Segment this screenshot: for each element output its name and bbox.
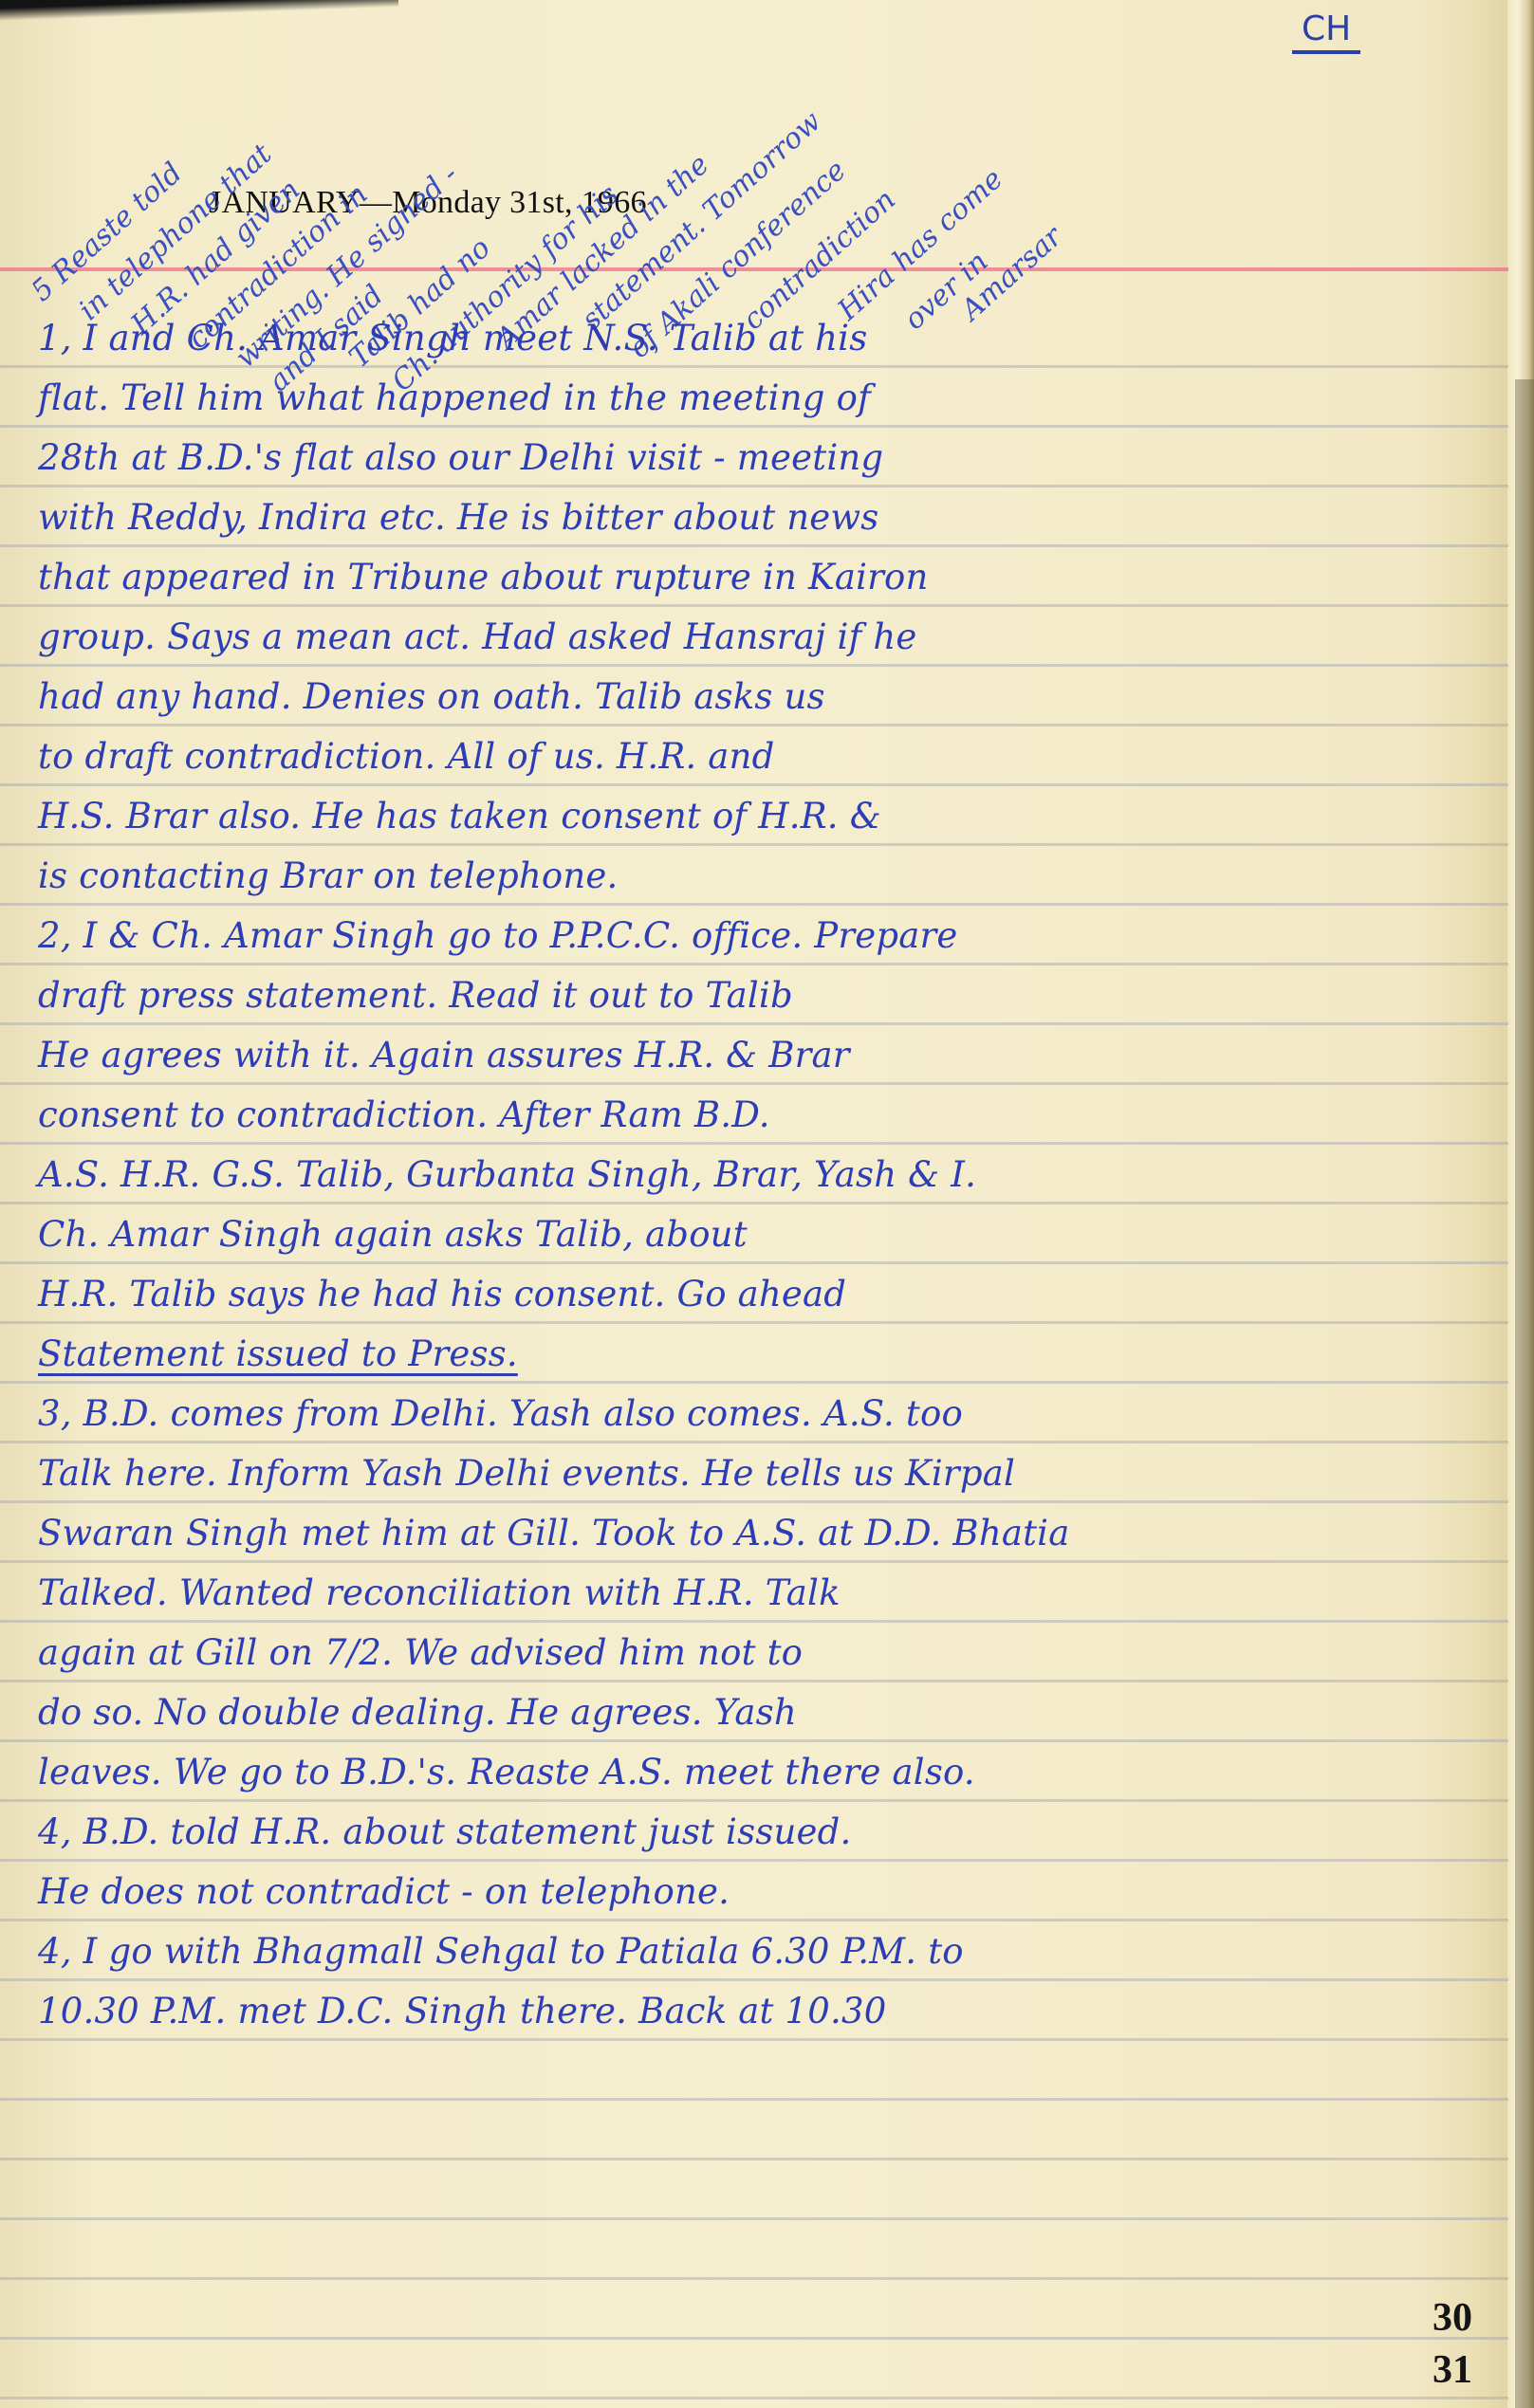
entry-line: 4, I go with Bhagmall Sehgal to Patiala … [38,1931,964,1972]
ruled-line [0,664,1508,667]
ruled-line [0,724,1508,726]
ruled-line [0,1620,1508,1623]
ruled-line [0,1859,1508,1862]
entry-line: group. Says a mean act. Had asked Hansra… [38,616,917,657]
ruled-line [0,1022,1508,1025]
entry-line: 10.30 P.M. met D.C. Singh there. Back at… [38,1991,886,2031]
entry-line: 4, B.D. told H.R. about statement just i… [38,1811,851,1852]
ruled-line [0,365,1508,368]
entry-line: Talked. Wanted reconciliation with H.R. … [38,1572,841,1613]
ruled-line [0,2098,1508,2101]
page-edge-shadow [0,0,398,21]
entry-line: to draft contradiction. All of us. H.R. … [38,736,774,777]
ruled-line [0,1321,1508,1324]
entry-line: He does not contradict - on telephone. [38,1871,730,1912]
entry-line: Swaran Singh met him at Gill. Took to A.… [38,1513,1069,1553]
ruled-line [0,604,1508,607]
entry-line: 2, I & Ch. Amar Singh go to P.P.C.C. off… [38,915,957,956]
ruled-line [0,783,1508,786]
entry-line: 3, B.D. comes from Delhi. Yash also come… [38,1393,963,1434]
page-binding-edge [1515,379,1534,2408]
entry-line-underlined: Statement issued to Press. [38,1333,518,1374]
entry-line: do so. No double dealing. He agrees. Yas… [38,1692,797,1733]
ruled-line [0,1142,1508,1145]
ruled-line [0,2337,1508,2340]
ruled-line [0,1560,1508,1563]
ruled-line [0,544,1508,547]
ruled-line [0,2038,1508,2041]
entry-line: He agrees with it. Again assures H.R. & … [38,1035,850,1075]
ruled-line [0,1082,1508,1085]
entry-line: 1, I and Ch. Amar Singh meet N.S. Talib … [38,318,867,358]
entry-line: Ch. Amar Singh again asks Talib, about [38,1214,748,1255]
diary-page: JANUARY—Monday 31st, 1966 CH 5 Reaste to… [0,0,1534,2408]
ruled-line [0,1978,1508,1981]
ruled-line [0,1441,1508,1443]
ruled-line [0,843,1508,846]
entry-line: is contacting Brar on telephone. [38,855,618,896]
ruled-line [0,2277,1508,2280]
entry-line: Talk here. Inform Yash Delhi events. He … [38,1453,1015,1494]
page-number-30: 30 [1432,2295,1472,2341]
ruled-line [0,2158,1508,2160]
ruled-line [0,1799,1508,1802]
ruled-line [0,1202,1508,1204]
ruled-line [0,485,1508,487]
ruled-line [0,1739,1508,1742]
entry-line: had any hand. Denies on oath. Talib asks… [38,676,825,717]
ruled-line [0,2397,1508,2399]
entry-line: H.R. Talib says he had his consent. Go a… [38,1274,846,1314]
page-number-31: 31 [1432,2347,1472,2393]
margin-note: 5 Reaste told in telephone that H.R. had… [38,38,1366,322]
entry-line: flat. Tell him what happened in the meet… [38,377,871,418]
ruled-line [0,1680,1508,1682]
ruled-line [0,1381,1508,1384]
entry-line: again at Gill on 7/2. We advised him not… [38,1632,803,1673]
ruled-line [0,2217,1508,2220]
ruled-line [0,1261,1508,1264]
entry-line: A.S. H.R. G.S. Talib, Gurbanta Singh, Br… [38,1154,976,1195]
ruled-line [0,963,1508,965]
entry-line: that appeared in Tribune about rupture i… [38,557,929,597]
entry-line: with Reddy, Indira etc. He is bitter abo… [38,497,878,538]
ruled-line [0,1500,1508,1503]
ruled-line [0,425,1508,428]
entry-line: 28th at B.D.'s flat also our Delhi visit… [38,437,883,478]
ruled-line [0,1919,1508,1921]
entry-line: draft press statement. Read it out to Ta… [38,975,793,1016]
entry-line: leaves. We go to B.D.'s. Reaste A.S. mee… [38,1752,975,1792]
entry-line: consent to contradiction. After Ram B.D. [38,1094,770,1135]
ruled-line [0,903,1508,906]
entry-line: H.S. Brar also. He has taken consent of … [38,796,881,836]
